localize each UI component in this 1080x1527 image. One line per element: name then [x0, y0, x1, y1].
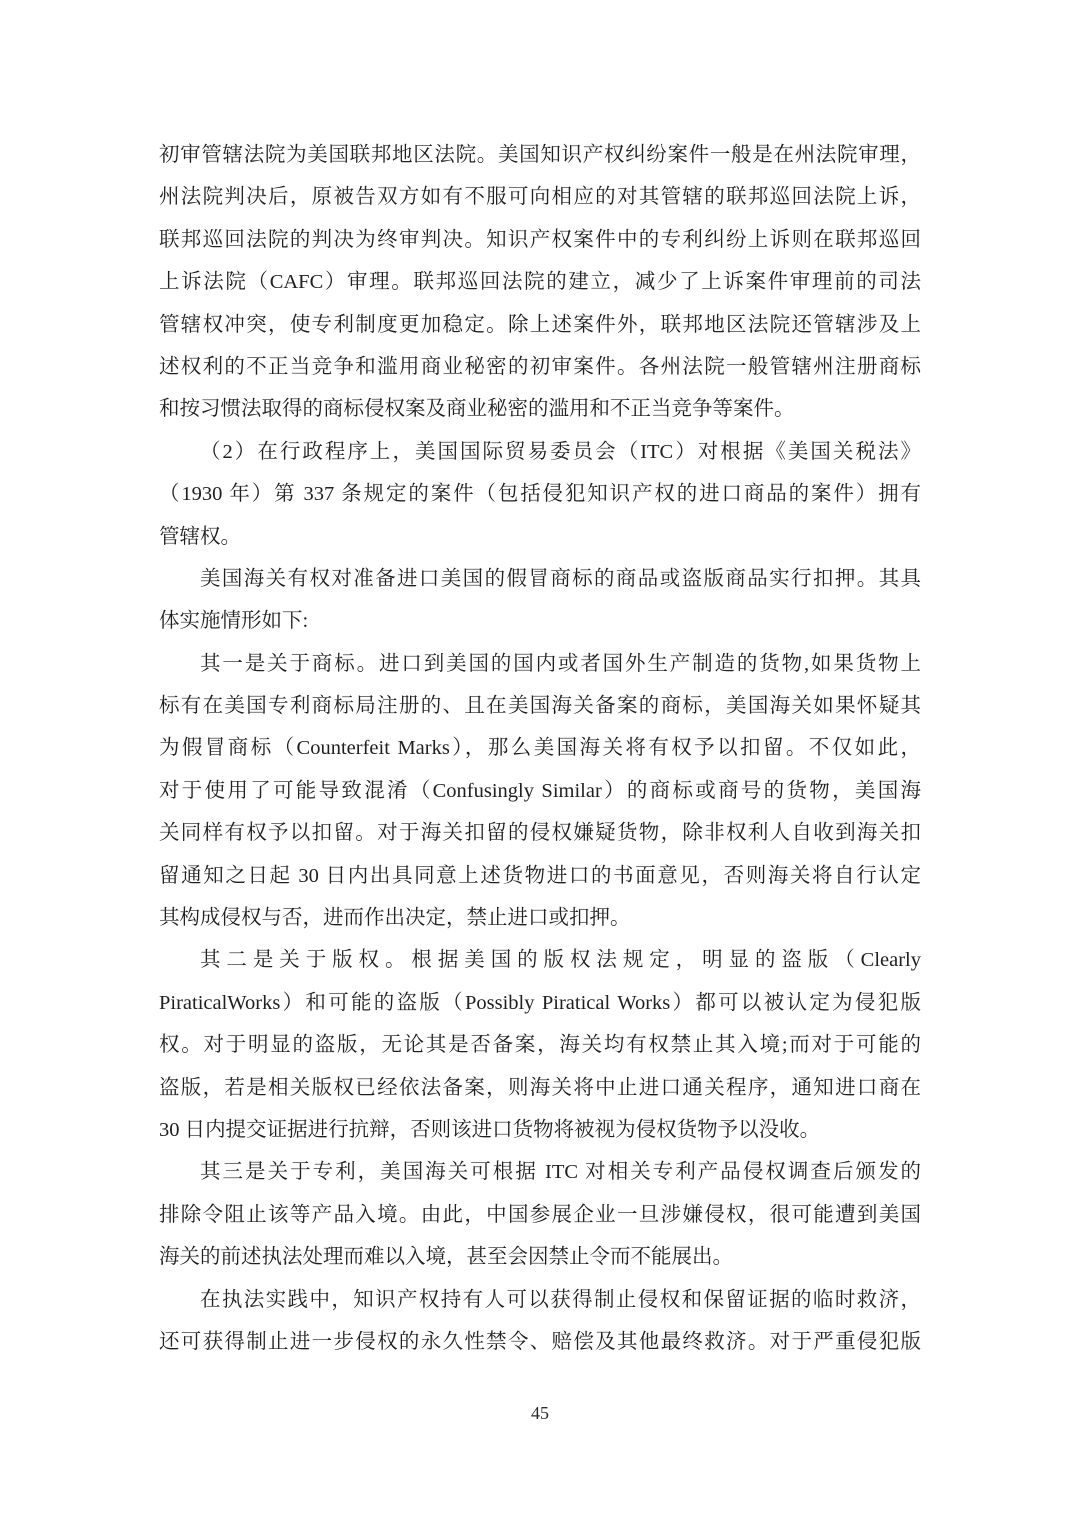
text-line: 联邦巡回法院的判决为终审判决。知识产权案件中的专利纠纷上诉则在联邦巡回: [159, 219, 921, 261]
text-line: 其一是关于商标。进口到美国的国内或者国外生产制造的货物,如果货物上: [159, 643, 921, 685]
page-number: 45: [0, 1400, 1080, 1426]
text-line: 还可获得制止进一步侵权的永久性禁令、赔偿及其他最终救济。对于严重侵犯版: [159, 1321, 921, 1363]
text-line: 关同样有权予以扣留。对于海关扣留的侵权嫌疑货物，除非权利人自收到海关扣: [159, 812, 921, 854]
paragraph: 在执法实践中，知识产权持有人可以获得制止侵权和保留证据的临时救济，还可获得制止进…: [159, 1279, 921, 1364]
text-line: 其二是关于版权。根据美国的版权法规定，明显的盗版（Clearly: [159, 939, 921, 981]
text-line: 盗版，若是相关版权已经依法备案，则海关将中止进口通关程序，通知进口商在: [159, 1067, 921, 1109]
text-line: 其构成侵权与否，进而作出决定，禁止进口或扣押。: [159, 897, 921, 939]
text-line: 美国海关有权对准备进口美国的假冒商标的商品或盗版商品实行扣押。其具: [159, 558, 921, 600]
text-line: 30 日内提交证据进行抗辩，否则该进口货物将被视为侵权货物予以没收。: [159, 1109, 921, 1151]
text-line: （1930 年）第 337 条规定的案件（包括侵犯知识产权的进口商品的案件）拥有: [159, 473, 921, 515]
paragraph: 其一是关于商标。进口到美国的国内或者国外生产制造的货物,如果货物上标有在美国专利…: [159, 643, 921, 940]
text-line: 管辖权冲突，使专利制度更加稳定。除上述案件外，联邦地区法院还管辖涉及上: [159, 304, 921, 346]
text-line: 体实施情形如下:: [159, 600, 921, 642]
text-line: 述权利的不正当竞争和滥用商业秘密的初审案件。各州法院一般管辖州注册商标: [159, 346, 921, 388]
text-block: 初审管辖法院为美国联邦地区法院。美国知识产权纠纷案件一般是在州法院审理，州法院判…: [159, 134, 921, 1363]
text-line: 上诉法院（CAFC）审理。联邦巡回法院的建立，减少了上诉案件审理前的司法: [159, 261, 921, 303]
text-line: 对于使用了可能导致混淆（Confusingly Similar）的商标或商号的货…: [159, 770, 921, 812]
text-line: 排除令阻止该等产品入境。由此，中国参展企业一旦涉嫌侵权，很可能遭到美国: [159, 1194, 921, 1236]
text-line: PiraticalWorks）和可能的盗版（Possibly Piratical…: [159, 982, 921, 1024]
paragraph: （2）在行政程序上，美国国际贸易委员会（ITC）对根据《美国关税法》（1930 …: [159, 431, 921, 558]
text-line: （2）在行政程序上，美国国际贸易委员会（ITC）对根据《美国关税法》: [159, 431, 921, 473]
text-line: 为假冒商标（Counterfeit Marks），那么美国海关将有权予以扣留。不…: [159, 727, 921, 769]
text-line: 管辖权。: [159, 516, 921, 558]
paragraph: 其二是关于版权。根据美国的版权法规定，明显的盗版（ClearlyPiratica…: [159, 939, 921, 1151]
text-line: 州法院判决后，原被告双方如有不服可向相应的对其管辖的联邦巡回法院上诉，: [159, 176, 921, 218]
paragraph: 初审管辖法院为美国联邦地区法院。美国知识产权纠纷案件一般是在州法院审理，州法院判…: [159, 134, 921, 431]
paragraph: 美国海关有权对准备进口美国的假冒商标的商品或盗版商品实行扣押。其具体实施情形如下…: [159, 558, 921, 643]
text-line: 在执法实践中，知识产权持有人可以获得制止侵权和保留证据的临时救济，: [159, 1279, 921, 1321]
text-line: 标有在美国专利商标局注册的、且在美国海关备案的商标，美国海关如果怀疑其: [159, 685, 921, 727]
text-line: 海关的前述执法处理而难以入境，甚至会因禁止令而不能展出。: [159, 1236, 921, 1278]
text-line: 其三是关于专利，美国海关可根据 ITC 对相关专利产品侵权调查后颁发的: [159, 1151, 921, 1193]
paragraph: 其三是关于专利，美国海关可根据 ITC 对相关专利产品侵权调查后颁发的排除令阻止…: [159, 1151, 921, 1278]
text-line: 初审管辖法院为美国联邦地区法院。美国知识产权纠纷案件一般是在州法院审理，: [159, 134, 921, 176]
text-line: 权。对于明显的盗版，无论其是否备案，海关均有权禁止其入境;而对于可能的: [159, 1024, 921, 1066]
text-line: 留通知之日起 30 日内出具同意上述货物进口的书面意见，否则海关将自行认定: [159, 855, 921, 897]
document-page: 初审管辖法院为美国联邦地区法院。美国知识产权纠纷案件一般是在州法院审理，州法院判…: [0, 0, 1080, 1527]
text-line: 和按习惯法取得的商标侵权案及商业秘密的滥用和不正当竞争等案件。: [159, 388, 921, 430]
